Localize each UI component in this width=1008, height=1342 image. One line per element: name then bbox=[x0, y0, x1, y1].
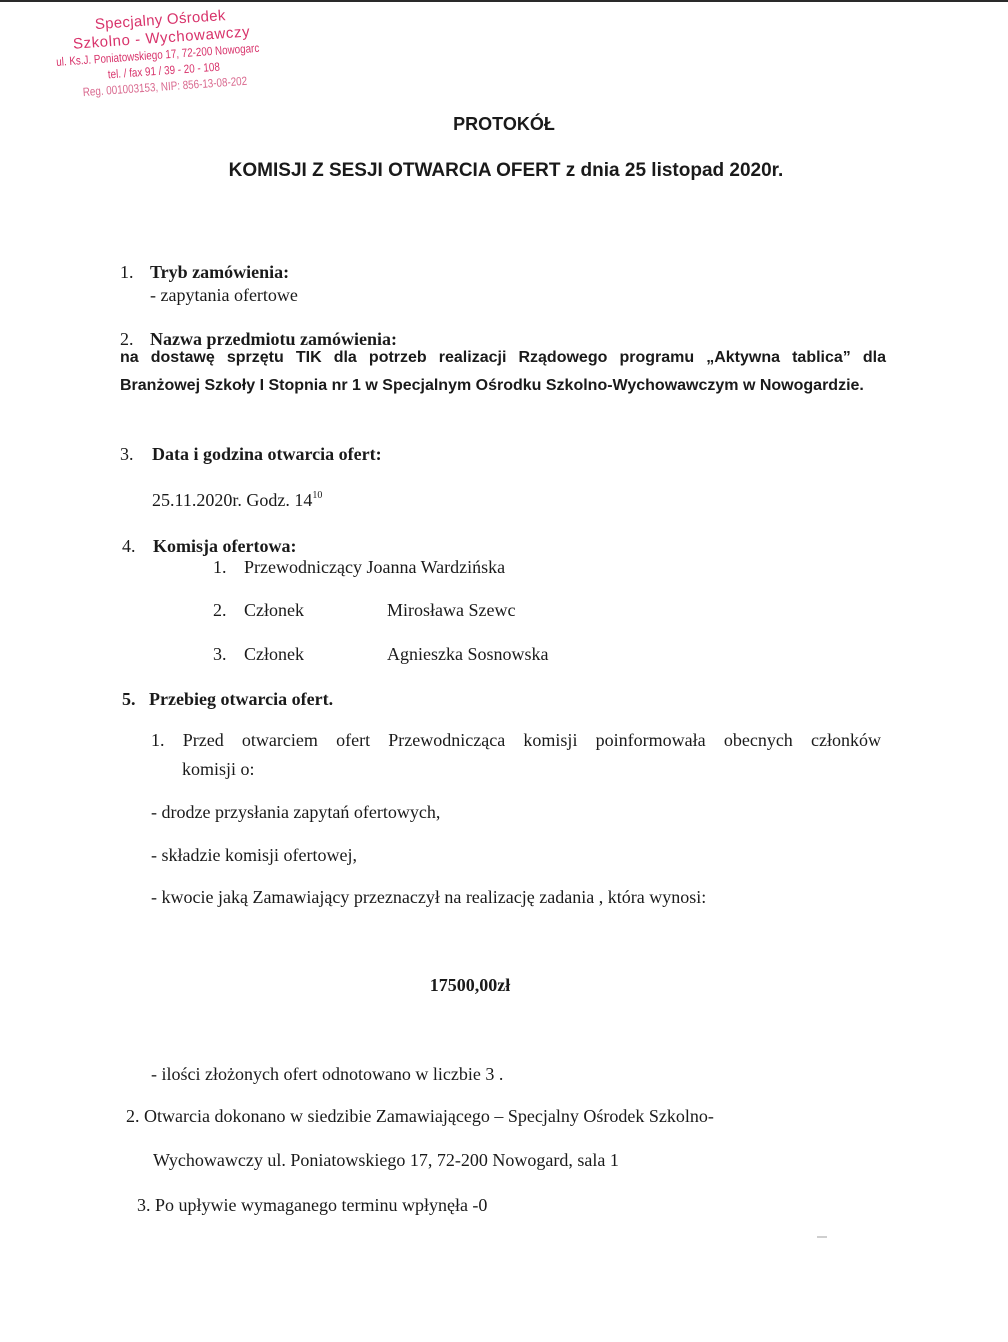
section-2-body-line1: na dostawę sprzętu TIK dla potrzeb reali… bbox=[120, 344, 886, 372]
budget-amount: 17500,00zł bbox=[0, 975, 940, 996]
section-3-heading: Data i godzina otwarcia ofert: bbox=[152, 444, 382, 464]
page-top-edge bbox=[0, 0, 1008, 2]
section-3-number: 3. bbox=[120, 444, 152, 465]
section-3-datetime: 25.11.2020r. Godz. 1410 bbox=[152, 490, 322, 511]
member-role: Członek bbox=[244, 600, 387, 621]
section-1-heading: Tryb zamówienia: bbox=[150, 262, 289, 282]
section-5-paragraph-1-line2: komisji o: bbox=[182, 759, 255, 780]
document-title: PROTOKÓŁ bbox=[0, 114, 1008, 135]
member-name: Agnieszka Sosnowska bbox=[387, 644, 548, 664]
section-4-heading: Komisja ofertowa: bbox=[153, 536, 296, 556]
section-5-paragraph-2-line1: 2. Otwarcia dokonano w siedzibie Zamawia… bbox=[126, 1106, 714, 1127]
section-1-heading-row: 1.Tryb zamówienia: bbox=[120, 262, 289, 283]
scan-speck bbox=[817, 1236, 827, 1238]
committee-member: 1.Przewodniczący Joanna Wardzińska bbox=[213, 557, 505, 578]
opening-date: 25.11.2020r. Godz. 14 bbox=[152, 490, 312, 510]
institution-stamp: Specjalny Ośrodek Szkolno - Wychowawczy … bbox=[40, 3, 285, 103]
member-role: Przewodniczący bbox=[244, 557, 362, 577]
section-5-heading-row: 5.Przebieg otwarcia ofert. bbox=[122, 689, 333, 710]
section-4-number: 4. bbox=[122, 536, 153, 557]
section-2-body-line2: Branżowej Szkoły I Stopnia nr 1 w Specja… bbox=[120, 377, 864, 395]
committee-member: 3.CzłonekAgnieszka Sosnowska bbox=[213, 644, 548, 665]
section-3-heading-row: 3.Data i godzina otwarcia ofert: bbox=[120, 444, 382, 465]
section-5-heading: Przebieg otwarcia ofert. bbox=[149, 689, 333, 709]
document-subtitle: KOMISJI Z SESJI OTWARCIA OFERT z dnia 25… bbox=[2, 160, 1008, 182]
section-5-paragraph-1-line1: 1. Przed otwarciem ofert Przewodnicząca … bbox=[151, 730, 881, 751]
member-name: Mirosława Szewc bbox=[387, 600, 515, 620]
info-bullet: - drodze przysłania zapytań ofertowych, bbox=[151, 802, 440, 823]
member-role: Członek bbox=[244, 644, 387, 665]
section-1-body: - zapytania ofertowe bbox=[150, 285, 298, 306]
section-5-paragraph-3: 3. Po upływie wymaganego terminu wpłynęł… bbox=[137, 1195, 487, 1216]
section-5-paragraph-2-line2: Wychowawczy ul. Poniatowskiego 17, 72-20… bbox=[153, 1150, 619, 1171]
section-4-heading-row: 4.Komisja ofertowa: bbox=[122, 536, 296, 557]
info-bullet: - składzie komisji ofertowej, bbox=[151, 845, 357, 866]
section-5-number: 5. bbox=[122, 689, 149, 710]
offers-count: - ilości złożonych ofert odnotowano w li… bbox=[151, 1064, 503, 1085]
section-1-number: 1. bbox=[120, 262, 150, 283]
member-name: Joanna Wardzińska bbox=[366, 557, 505, 577]
info-bullet: - kwocie jaką Zamawiający przeznaczył na… bbox=[151, 887, 706, 908]
committee-member: 2.CzłonekMirosława Szewc bbox=[213, 600, 515, 621]
opening-minutes: 10 bbox=[312, 490, 322, 501]
